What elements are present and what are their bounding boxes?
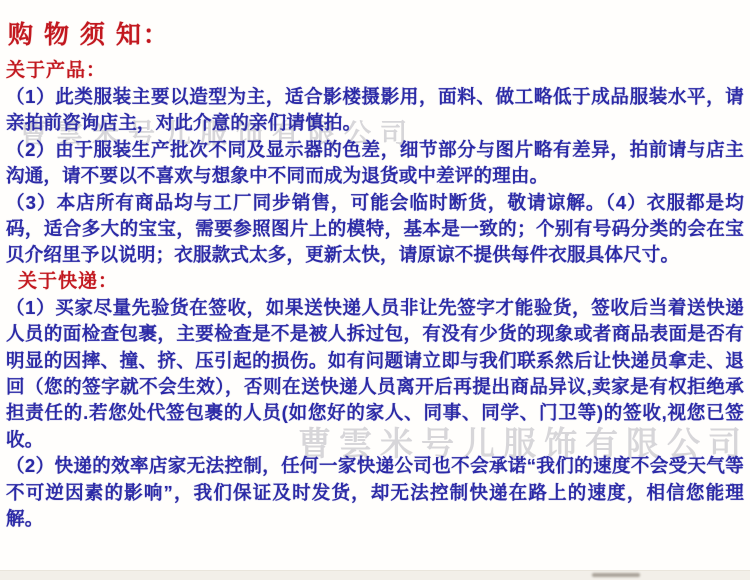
section-about-shipping: 关于快递： （1）买家尽量先验货在签收，如果送快递人员非让先签字才能验货，签收后… (6, 269, 744, 533)
bottom-smudge-mark (592, 573, 640, 577)
shipping-note-2: （2）快递的效率店家无法控制，任何一家快递公司也不会承诺“我们的速度不会受天气等… (6, 453, 744, 532)
shipping-note-1: （1）买家尽量先验货在签收，如果送快递人员非让先签字才能验货，签收后当着送快递人… (6, 295, 744, 453)
page-title: 购 物 须 知： (8, 20, 744, 50)
bottom-edge-strip (0, 570, 750, 580)
product-note-2: （2）由于服装生产批次不同及显示器的色差，细节部分与图片略有差异，拍前请与店主沟… (6, 137, 744, 190)
shopping-notice-document: 购 物 须 知： 关于产品： （1）此类服装主要以造型为主，适合影楼摄影用，面料… (0, 0, 750, 533)
product-note-3: （3）本店所有商品均与工厂同步销售，可能会临时断货，敬请谅解。（4）衣服都是均码… (6, 190, 744, 269)
section-about-product: 关于产品： （1）此类服装主要以造型为主，适合影楼摄影用，面料、做工略低于成品服… (6, 58, 744, 269)
section-heading-shipping: 关于快递： (6, 269, 744, 295)
product-note-1: （1）此类服装主要以造型为主，适合影楼摄影用，面料、做工略低于成品服装水平，请亲… (6, 84, 744, 137)
section-heading-product: 关于产品： (6, 58, 744, 84)
